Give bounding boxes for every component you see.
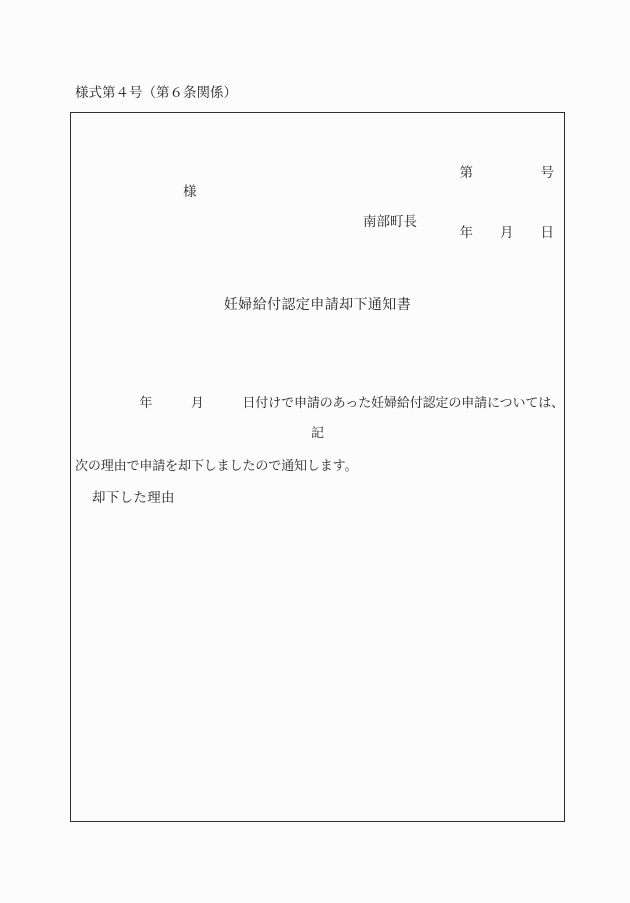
doc-header-block: 第 号 年 月 日 bbox=[460, 123, 555, 283]
body-line-1: 年 月 日付けで申請のあった妊婦給付認定の申請については、 bbox=[75, 392, 564, 413]
sender-title: 南部町長 bbox=[363, 213, 417, 231]
document-page: 様式第４号（第６条関係） 第 号 年 月 日 様 南部町長 妊婦給付認定申請却下… bbox=[0, 0, 630, 903]
form-number-label: 様式第４号（第６条関係） bbox=[75, 84, 237, 102]
document-title: 妊婦給付認定申請却下通知書 bbox=[71, 297, 564, 315]
body-line-2: 次の理由で申請を却下しましたので通知します。 bbox=[75, 455, 564, 476]
doc-number-line: 第 号 bbox=[460, 163, 555, 183]
record-marker: 記 bbox=[71, 424, 564, 442]
addressee-honorific: 様 bbox=[183, 183, 197, 201]
doc-date-line: 年 月 日 bbox=[460, 223, 555, 243]
document-border-box: 第 号 年 月 日 様 南部町長 妊婦給付認定申請却下通知書 年 月 日付けで申… bbox=[70, 112, 565, 822]
rejection-reason-label: 却下した理由 bbox=[92, 489, 175, 507]
